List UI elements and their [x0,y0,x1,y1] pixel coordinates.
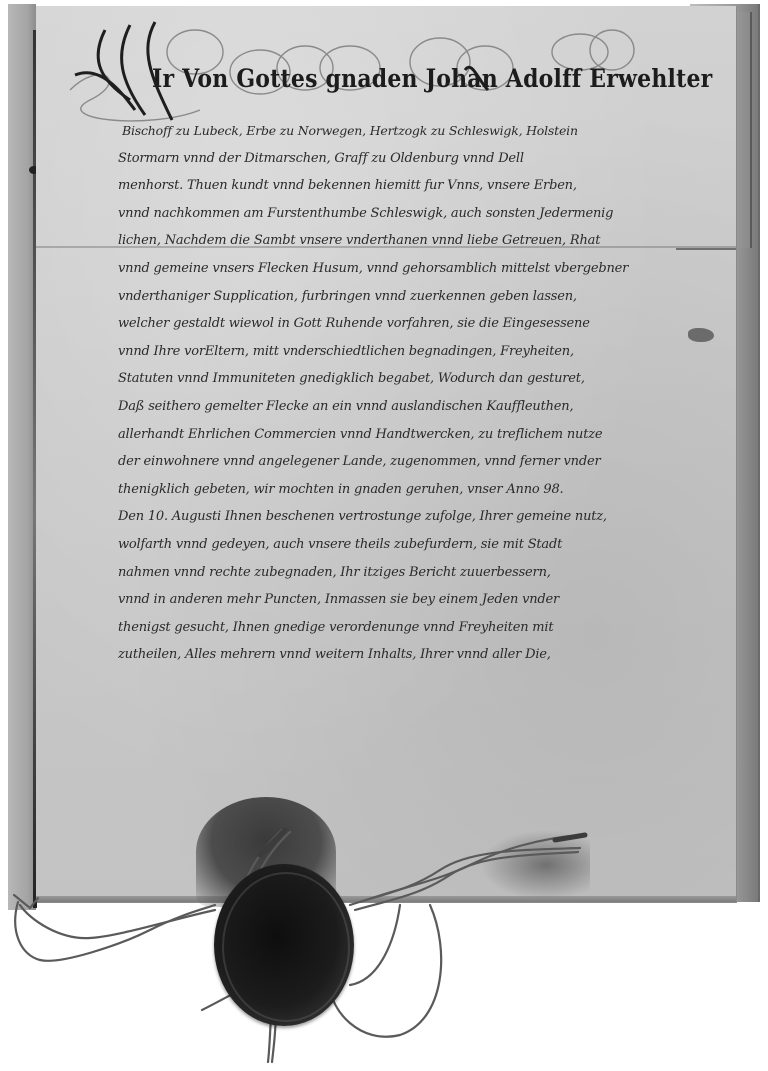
manuscript-line: nahmen vnnd rechte zubegnaden, Ihr itzig… [118,559,658,587]
manuscript-line: vnderthaniger Supplication, furbringen v… [118,283,658,311]
manuscript-line: thenigst gesucht, Ihnen gnedige verorden… [118,614,658,642]
manuscript-line: welcher gestaldt wiewol in Gott Ruhende … [118,310,658,338]
seal-cords [0,780,768,1071]
manuscript-line: der einwohnere vnnd angelegener Lande, z… [118,448,658,476]
manuscript-line: thenigklich gebeten, wir mochten in gnad… [118,476,658,504]
manuscript-line: zutheilen, Alles mehrern vnnd weitern In… [118,641,658,669]
manuscript-line: vnnd Ihre vorEltern, mitt vnderschiedtli… [118,338,658,366]
manuscript-line: menhorst. Thuen kundt vnnd bekennen hiem… [118,172,658,200]
manuscript-line: Den 10. Augusti Ihnen beschenen vertrost… [118,503,658,531]
manuscript-line: lichen, Nachdem die Sambt vnsere vnderth… [118,227,658,255]
manuscript-line: Daß seithero gemelter Flecke an ein vnnd… [118,393,658,421]
wax-seal-rim [222,872,350,1022]
page-fold-crease-edge [676,248,736,250]
manuscript-line: vnnd nachkommen am Furstenthumbe Schlesw… [118,200,658,228]
manuscript-line: Stormarn vnnd der Ditmarschen, Graff zu … [118,145,658,173]
manuscript-line: Statuten vnnd Immuniteten gnedigklich be… [118,365,658,393]
ink-blot [688,328,714,342]
manuscript-line: vnnd in anderen mehr Puncten, Inmassen s… [118,586,658,614]
binding-strip [8,4,36,910]
manuscript-line: allerhandt Ehrlichen Commercien vnnd Han… [118,421,658,449]
manuscript-body: Bischoff zu Lubeck, Erbe zu Norwegen, He… [118,117,658,669]
manuscript-line: wolfarth vnnd gedeyen, auch vnsere theil… [118,531,658,559]
document-heading: Ir Von Gottes gnaden Johan Adolff Erwehl… [152,64,712,94]
document-photograph: Ir Von Gottes gnaden Johan Adolff Erwehl… [0,0,768,1071]
manuscript-line: Bischoff zu Lubeck, Erbe zu Norwegen, He… [122,117,658,145]
manuscript-line: vnnd gemeine vnsers Flecken Husum, vnnd … [118,255,658,283]
